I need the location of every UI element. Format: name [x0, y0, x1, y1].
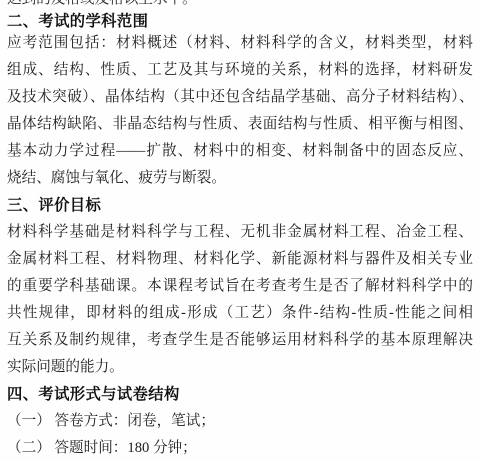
text-line: 的重要学科基础课。本课程考试旨在考查考生是否了解材料科学中的: [7, 276, 473, 297]
text-line: 及技术突破）、晶体结构（其中还包含结晶学基础、高分子材料结构）、: [7, 87, 473, 108]
text-line: 实际问题的能力。: [7, 357, 473, 378]
section-heading-goals: 三、评价目标: [7, 195, 473, 216]
text-line: 烧结、腐蚀与氧化、疲劳与断裂。: [7, 168, 473, 189]
text-line: 共性规律，即材料的组成-形成（工艺）条件-结构-性质-性能之间相: [7, 303, 473, 324]
text-line: 材料科学基础是材料科学与工程、无机非金属材料工程、冶金工程、: [7, 222, 473, 243]
section-heading-format: 四、考试形式与试卷结构: [7, 384, 473, 405]
list-item-answer-mode: （一） 答卷方式：闭卷，笔试；: [7, 411, 473, 432]
text-line: 互关系及制约规律，考查学生是否能够运用材料科学的基本原理解决: [7, 330, 473, 351]
list-item-answer-time: （二） 答题时间：180 分钟；: [7, 438, 473, 459]
text-line: 基本动力学过程——扩散、材料中的相变、材料制备中的固态反应、: [7, 141, 473, 162]
text-line: 金属材料工程、材料物理、材料化学、新能源材料与器件及相关专业: [7, 249, 473, 270]
clipped-text-line: 达到的及格或及格以上水平。: [7, 0, 473, 10]
text-line: 晶体结构缺陷、非晶态结构与性质、表面结构与性质、相平衡与相图、: [7, 114, 473, 135]
section-heading-scope: 二、考试的学科范围: [7, 11, 473, 32]
text-line: 应考范围包括：材料概述（材料、材料科学的含义，材料类型，材料: [7, 33, 473, 54]
text-line: 组成、结构、性质、工艺及其与环境的关系，材料的选择，材料研发: [7, 60, 473, 81]
document-page: 达到的及格或及格以上水平。 二、考试的学科范围 应考范围包括：材料概述（材料、材…: [0, 0, 480, 460]
